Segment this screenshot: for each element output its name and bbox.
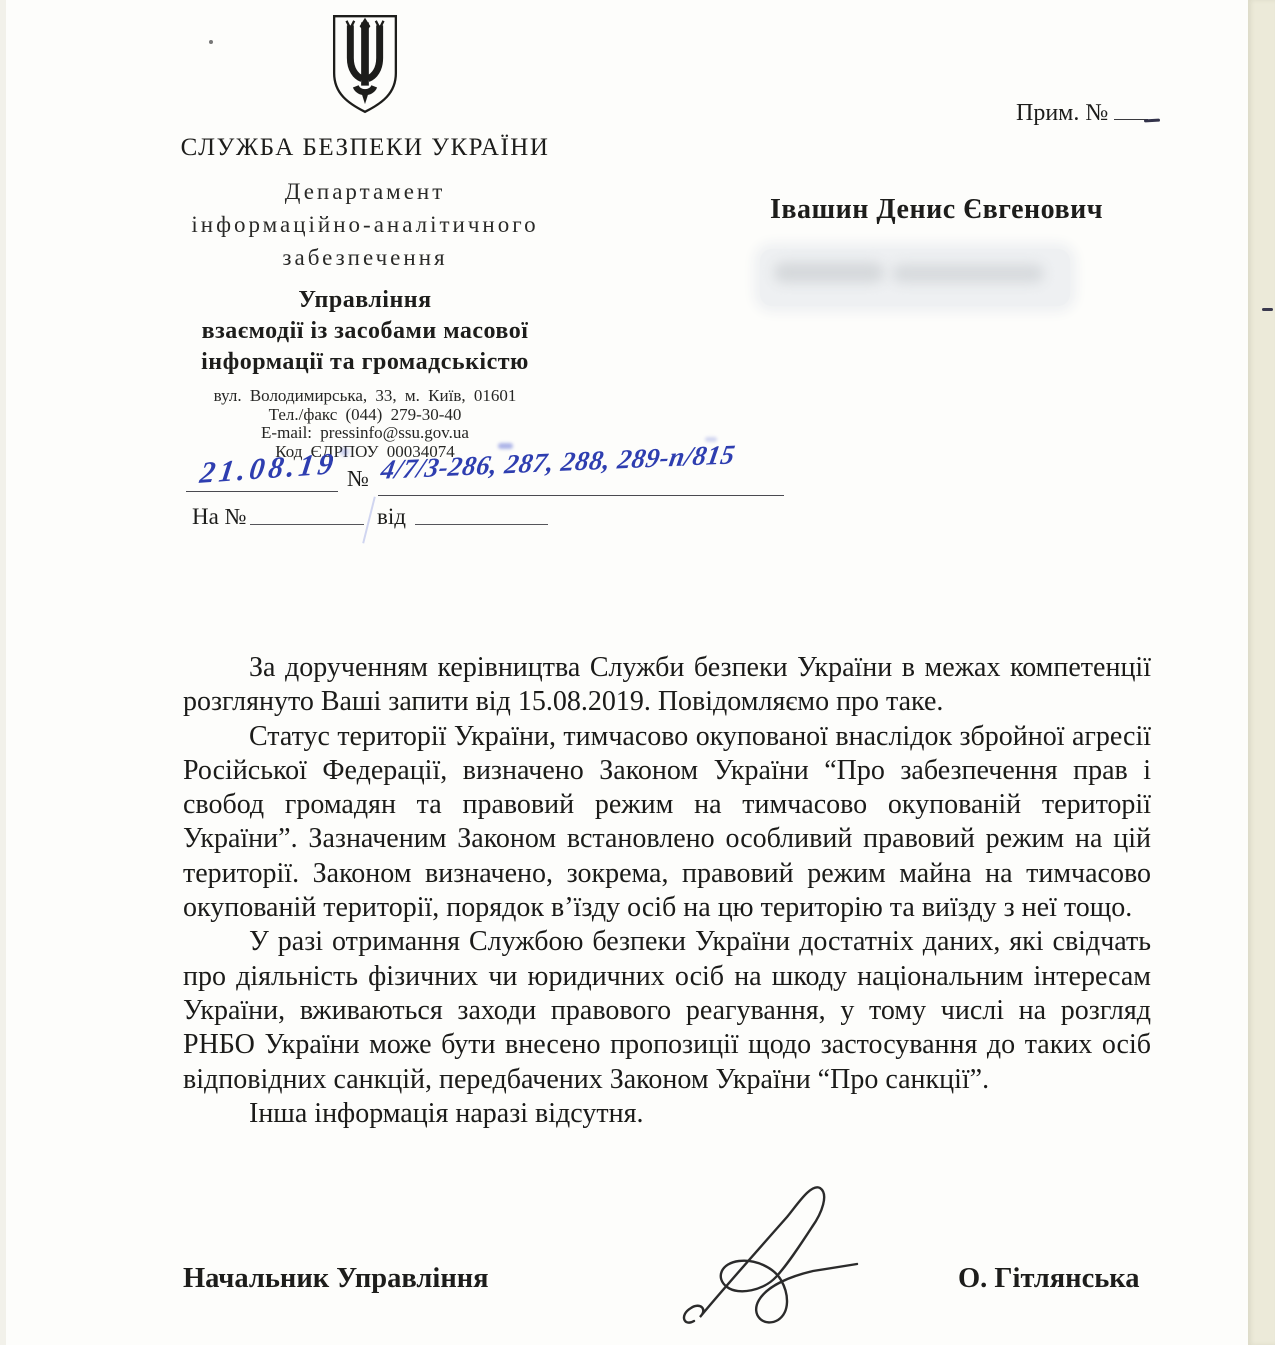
redacted-blob [774,262,884,283]
ink-smudge [362,496,376,543]
signer-position-title: Начальник Управління [183,1263,489,1295]
email-line: E-mail: pressinfo@ssu.gov.ua [115,424,615,443]
number-sign-label: № [347,466,369,492]
body-paragraph: За дорученням керівництва Служби безпеки… [183,651,1151,720]
scan-speck [1262,308,1273,311]
ink-smudge [498,443,513,449]
division-line: Управління [115,285,615,316]
department-line: інформаційно-аналітичного [115,208,615,241]
scan-edge-left [0,0,6,1345]
scan-edge-right [1248,0,1275,1345]
redacted-blob [892,264,1044,283]
scan-speck [1144,119,1160,123]
signer-name: О. Гітлянська [958,1263,1140,1295]
body-paragraph: Статус території України, тимчасово окуп… [183,720,1151,926]
division-name: Управління взаємодії із засобами масової… [115,285,615,378]
scan-speck [209,40,213,44]
reply-date-blank [415,524,548,525]
department-name: Департамент інформаційно-аналітичного за… [115,175,615,274]
copy-number-blank [1114,99,1148,120]
reply-number-blank [250,524,364,525]
date-underline [186,491,338,492]
redacted-address-blur [760,249,1070,306]
department-line: забезпечення [115,241,615,274]
recipient-name: Івашин Денис Євгенович [770,194,1103,226]
division-line: інформації та громадськістю [115,347,615,378]
copy-number-label: Прим. № [1016,100,1108,126]
letterhead: СЛУЖБА БЕЗПЕКИ УКРАЇНИ Департамент інфор… [115,10,615,461]
copy-number-note: Прим. № [1016,99,1148,127]
ink-smudge [340,448,349,456]
ink-smudge [705,437,717,442]
number-underline [378,495,784,496]
letter-body: За дорученням керівництва Служби безпеки… [183,651,1151,1131]
tryzub-shield-emblem-icon [326,10,404,118]
division-line: взаємодії із засобами масової [115,316,615,347]
department-line: Департамент [115,175,615,208]
reply-date-label: від [377,504,406,530]
org-name: СЛУЖБА БЕЗПЕКИ УКРАЇНИ [115,134,615,162]
body-paragraph: У разі отримання Службою безпеки України… [183,925,1151,1096]
handwritten-signature [640,1168,900,1343]
body-paragraph: Інша інформація наразі відсутня. [183,1097,1151,1131]
phone-line: Тел./факс (044) 279-30-40 [115,406,615,425]
scanned-letter-page: СЛУЖБА БЕЗПЕКИ УКРАЇНИ Департамент інфор… [0,0,1275,1345]
address-line: вул. Володимирська, 33, м. Київ, 01601 [115,387,615,406]
reply-number-label: На № [192,504,247,530]
